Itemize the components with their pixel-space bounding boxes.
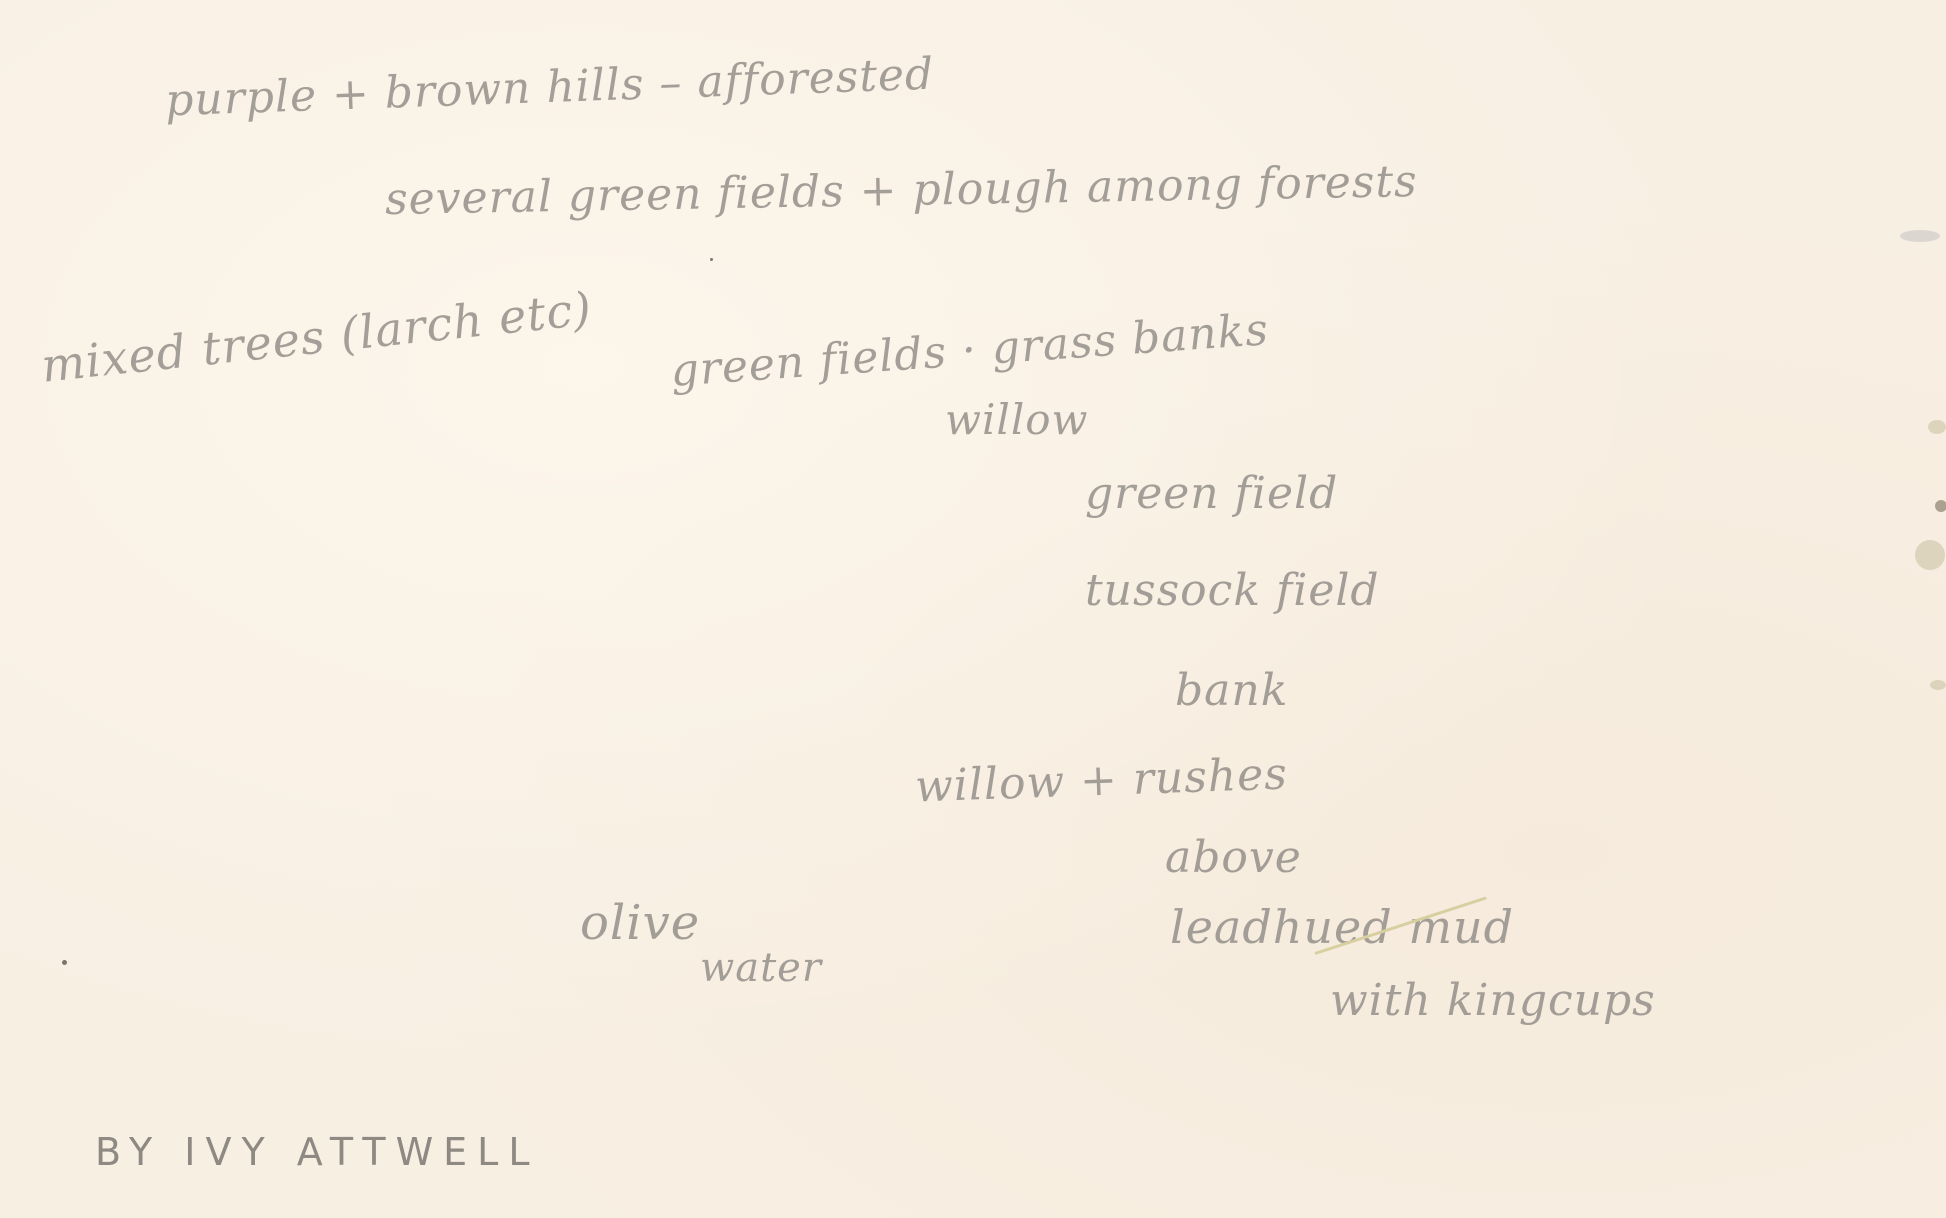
paint-stain: [1915, 540, 1945, 570]
note-with-kingcups: with kingcups: [1330, 975, 1656, 1026]
note-olive: olive: [580, 895, 700, 951]
paint-stain: [1935, 500, 1946, 512]
note-green-fields-grass-banks: green fields · grass banks: [669, 304, 1270, 397]
pencil-speck: [710, 258, 713, 261]
note-green-field: green field: [1085, 468, 1338, 519]
paint-stain: [1930, 680, 1946, 690]
paint-stain: [1900, 230, 1940, 242]
note-water: water: [700, 945, 822, 991]
note-purple-brown-hills: purple + brown hills – afforested: [164, 49, 935, 127]
note-tussock-field: tussock field: [1085, 565, 1380, 616]
note-willow-rushes: willow + rushes: [914, 749, 1288, 813]
pencil-speck: [62, 960, 67, 965]
paint-stain: [1928, 420, 1946, 434]
artist-signature: BY IVY ATTWELL: [95, 1130, 540, 1174]
note-several-green-fields: several green fields + plough among fore…: [385, 156, 1418, 225]
note-above: above: [1165, 832, 1302, 883]
note-bank: bank: [1175, 665, 1288, 716]
note-willow-upper: willow: [945, 395, 1088, 444]
note-mixed-trees: mixed trees (larch etc): [39, 281, 595, 393]
paper-sheet: purple + brown hills – afforested severa…: [0, 0, 1946, 1218]
